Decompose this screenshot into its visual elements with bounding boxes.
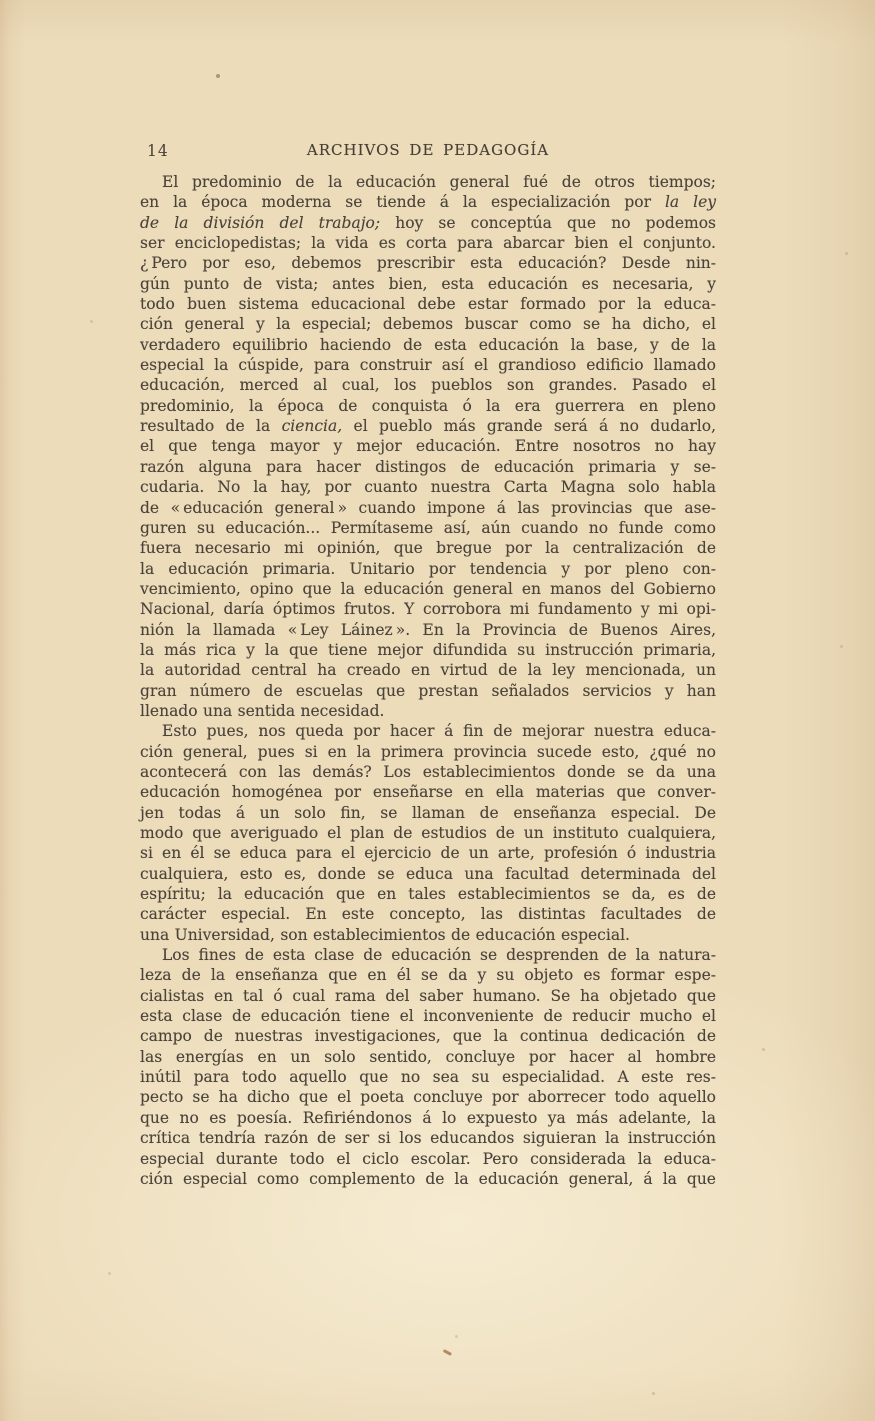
text-line: una Universidad, son establecimientos de…: [140, 925, 716, 945]
paragraph: El predominio de la educación general fu…: [140, 172, 716, 721]
text-line: campo de nuestras investigaciones, que l…: [140, 1026, 716, 1046]
paragraph: Esto pues, nos queda por hacer á fin de …: [140, 721, 716, 945]
text-line: que no es poesía. Refiriéndonos á lo exp…: [140, 1108, 716, 1128]
page-number: 14: [147, 142, 169, 160]
text-line: esta clase de educación tiene el inconve…: [140, 1006, 716, 1026]
text-line: Los fines de esta clase de educación se …: [140, 945, 716, 965]
text-line: El predominio de la educación general fu…: [140, 172, 716, 192]
text-line: las energías en un solo sentido, concluy…: [140, 1047, 716, 1067]
text-line: resultado de la ciencia, el pueblo más g…: [140, 416, 716, 436]
paper-speck: [216, 74, 220, 78]
text-line: pecto se ha dicho que el poeta concluye …: [140, 1087, 716, 1107]
text-line: razón alguna para hacer distingos de edu…: [140, 457, 716, 477]
text-line: de la división del trabajo; hoy se conce…: [140, 213, 716, 233]
text-line: carácter especial. En este concepto, las…: [140, 904, 716, 924]
paper-speck: [762, 1048, 765, 1051]
text-line: ser enciclopedistas; la vida es corta pa…: [140, 233, 716, 253]
text-line: leza de la enseñanza que en él se da y s…: [140, 965, 716, 985]
scratch-mark: [443, 1349, 452, 1355]
text-line: educación homogénea por enseñarse en ell…: [140, 782, 716, 802]
text-line: fuera necesario mi opinión, que bregue p…: [140, 538, 716, 558]
text-line: verdadero equilibrio haciendo de esta ed…: [140, 335, 716, 355]
paper-speck: [108, 1272, 111, 1275]
text-line: jen todas á un solo fin, se llaman de en…: [140, 803, 716, 823]
text-line: cualquiera, esto es, donde se educa una …: [140, 864, 716, 884]
text-block: El predominio de la educación general fu…: [140, 172, 716, 1189]
text-line: si en él se educa para el ejercicio de u…: [140, 843, 716, 863]
text-line: gran número de escuelas que prestan seña…: [140, 681, 716, 701]
paper-speck: [652, 1392, 655, 1395]
paragraph: Los fines de esta clase de educación se …: [140, 945, 716, 1189]
paper-speck: [90, 320, 93, 323]
text-line: inútil para todo aquello que no sea su e…: [140, 1067, 716, 1087]
text-line: especial durante todo el ciclo escolar. …: [140, 1149, 716, 1169]
text-line: Esto pues, nos queda por hacer á fin de …: [140, 721, 716, 741]
text-line: llenado una sentida necesidad.: [140, 701, 716, 721]
text-line: acontecerá con las demás? Los establecim…: [140, 762, 716, 782]
text-line: de « educación general » cuando impone á…: [140, 498, 716, 518]
text-line: gún punto de vista; antes bien, esta edu…: [140, 274, 716, 294]
text-line: educación, merced al cual, los pueblos s…: [140, 375, 716, 395]
text-line: vencimiento, opino que la educación gene…: [140, 579, 716, 599]
text-line: cudaria. No la hay, por cuanto nuestra C…: [140, 477, 716, 497]
text-line: modo que averiguado el plan de estudios …: [140, 823, 716, 843]
book-page: 14 ARCHIVOS DE PEDAGOGÍA El predominio d…: [0, 0, 875, 1421]
text-line: el que tenga mayor y mejor educación. En…: [140, 436, 716, 456]
paper-speck: [840, 645, 843, 648]
text-line: ción general y la especial; debemos busc…: [140, 314, 716, 334]
text-line: todo buen sistema educacional debe estar…: [140, 294, 716, 314]
text-line: ción general, pues si en la primera prov…: [140, 742, 716, 762]
text-line: espíritu; la educación que en tales esta…: [140, 884, 716, 904]
text-line: ción especial como complemento de la edu…: [140, 1169, 716, 1189]
text-line: en la época moderna se tiende á la espec…: [140, 192, 716, 212]
running-title: ARCHIVOS DE PEDAGOGÍA: [140, 141, 716, 159]
text-line: cialistas en tal ó cual rama del saber h…: [140, 986, 716, 1006]
text-line: ¿ Pero por eso, debemos prescribir esta …: [140, 253, 716, 273]
text-line: nión la llamada « Ley Láinez ». En la Pr…: [140, 620, 716, 640]
text-line: la más rica y la que tiene mejor difundi…: [140, 640, 716, 660]
page-header: 14 ARCHIVOS DE PEDAGOGÍA: [140, 141, 716, 159]
paper-speck: [455, 1335, 458, 1338]
text-line: especial la cúspide, para construir así …: [140, 355, 716, 375]
paper-speck: [845, 252, 848, 255]
text-line: la educación primaria. Unitario por tend…: [140, 559, 716, 579]
text-line: la autoridad central ha creado en virtud…: [140, 660, 716, 680]
text-line: Nacional, daría óptimos frutos. Y corrob…: [140, 599, 716, 619]
text-line: crítica tendría razón de ser si los educ…: [140, 1128, 716, 1148]
text-line: predominio, la época de conquista ó la e…: [140, 396, 716, 416]
text-line: guren su educación... Permítaseme así, a…: [140, 518, 716, 538]
